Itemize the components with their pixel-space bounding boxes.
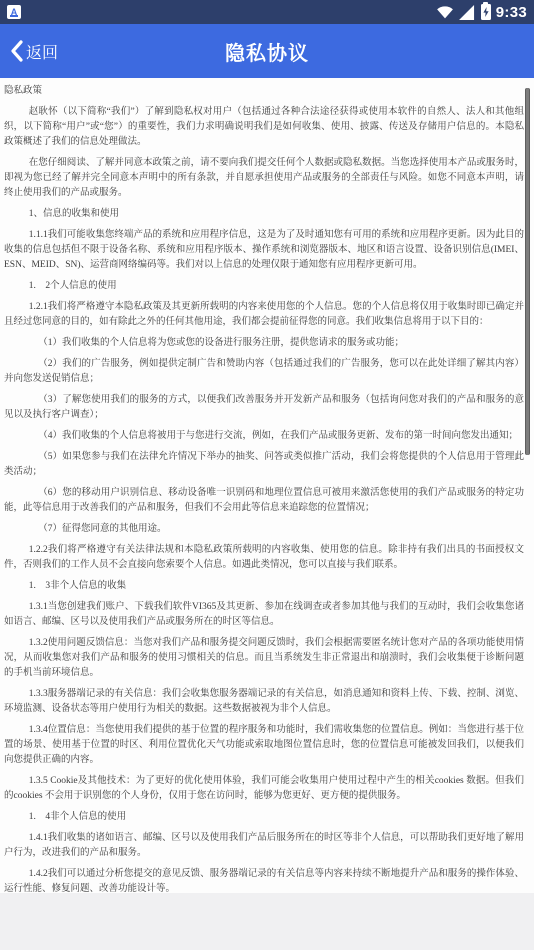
paragraph: 1.3.5 Cookie及其他技术：为了更好的优化使用体验，我们可能会收集用户使… xyxy=(4,774,524,804)
paragraph: （2）我们的广告服务，例如提供定制广告和赞助内容（包括通过我们的广告服务，您可以… xyxy=(4,357,524,387)
paragraph: 1.4.1我们收集的诸如语言、邮编、区号以及使用我们产品后服务所在的时区等非个人… xyxy=(4,831,524,861)
paragraph: 1.4.2我们可以通过分析您提交的意见反馈、服务器端记录的有关信息等内容来持续不… xyxy=(4,867,524,893)
back-label: 返回 xyxy=(26,40,58,63)
status-bar: A 9:33 xyxy=(0,0,534,24)
cellular-signal-icon xyxy=(459,5,475,20)
battery-charging-icon xyxy=(481,4,491,20)
notification-app-icon: A xyxy=(7,5,21,19)
paragraph: 1. 4非个人信息的使用 xyxy=(4,810,524,825)
scrollbar-thumb[interactable] xyxy=(525,88,530,455)
nav-bar: 返回 隐私协议 xyxy=(0,24,534,78)
paragraph: 隐私政策 xyxy=(4,84,524,99)
charging-bolt-icon xyxy=(483,7,489,17)
paragraph: 1.3.1当您创建我们账户、下载我们软件VI365及其更新、参加在线调查或者参加… xyxy=(4,600,524,630)
paragraph: 1.3.3服务器端记录的有关信息：我们会收集您服务器端记录的有关信息，如消息通知… xyxy=(4,687,524,717)
paragraph: 1.2.1我们将严格遵守本隐私政策及其更新所载明的内容来使用您的个人信息。您的个… xyxy=(4,300,524,330)
privacy-text: 隐私政策赵耿怀（以下简称“我们”）了解到隐私权对用户（包括通过各种合法途径获得或… xyxy=(4,84,524,893)
paragraph: 赵耿怀（以下简称“我们”）了解到隐私权对用户（包括通过各种合法途径获得或使用本软… xyxy=(4,105,524,150)
paragraph: （4）我们收集的个人信息将被用于与您进行交流，例如，在我们产品或服务更新、发布的… xyxy=(4,429,524,444)
page-title: 隐私协议 xyxy=(225,37,309,66)
paragraph: 1. 3非个人信息的收集 xyxy=(4,579,524,594)
paragraph: （1）我们收集的个人信息将为您或您的设备进行服务注册，提供您请求的服务或功能； xyxy=(4,336,524,351)
app-screen: A 9:33 返回 隐私协议 隐私政策赵耿怀（ xyxy=(0,0,534,950)
paragraph: 1.1.1我们可能收集您终端产品的系统和应用程序信息，这是为了及时通知您有可用的… xyxy=(4,228,524,273)
paragraph: 1.3.2使用问题反馈信息：当您对我们产品和服务提交问题反馈时，我们会根据需要匿… xyxy=(4,636,524,681)
paragraph: 1、信息的收集和使用 xyxy=(4,207,524,222)
paragraph: 1.3.4位置信息：当您使用我们提供的基于位置的程序服务和功能时，我们需收集您的… xyxy=(4,723,524,768)
wifi-icon xyxy=(436,5,454,19)
notification-app-letter: A xyxy=(11,8,18,17)
back-button[interactable]: 返回 xyxy=(10,24,58,78)
paragraph: （5）如果您参与我们在法律允许情况下举办的抽奖、问答或类似推广活动，我们会将您提… xyxy=(4,450,524,480)
status-bar-right: 9:33 xyxy=(436,4,527,21)
paragraph: （3）了解您使用我们的服务的方式，以便我们改善服务并开发新产品和服务（包括询问您… xyxy=(4,393,524,423)
paragraph: 1. 2个人信息的使用 xyxy=(4,279,524,294)
paragraph: （6）您的移动用户识别信息、移动设备唯一识别码和地理位置信息可被用来激活您使用的… xyxy=(4,486,524,516)
privacy-policy-content[interactable]: 隐私政策赵耿怀（以下简称“我们”）了解到隐私权对用户（包括通过各种合法途径获得或… xyxy=(0,78,534,893)
back-chevron-icon xyxy=(10,40,23,62)
paragraph: 1.2.2我们将严格遵守有关法律法规和本隐私政策所载明的内容收集、使用您的信息。… xyxy=(4,543,524,573)
paragraph: 在您仔细阅读、了解并同意本政策之前，请不要向我们提交任何个人数据或隐私数据。当您… xyxy=(4,156,524,201)
status-time: 9:33 xyxy=(496,4,527,21)
paragraph: （7）征得您同意的其他用途。 xyxy=(4,522,524,537)
